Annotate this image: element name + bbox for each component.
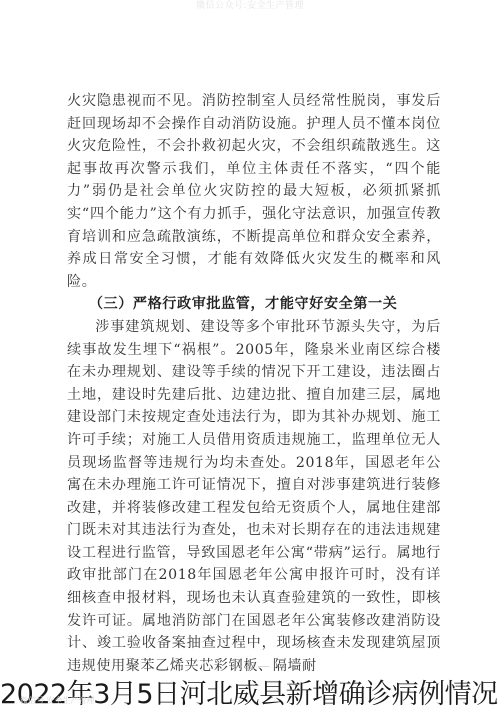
watermark-top: 微信公众号:安全生产管理	[0, 0, 500, 12]
page-number: — 32 —	[0, 660, 500, 672]
document-page: 火灾隐患视而不见。消防控制室人员经常性脱岗，事发后赶回现场却不会操作自动消防设施…	[67, 90, 441, 677]
watermark-bottom: 微信号 安全生产管理	[20, 695, 95, 706]
paragraph-approval-failures: 涉事建筑规划、建设等多个审批环节源头失守，为后续事故发生埋下“祸根”。2005年…	[67, 316, 441, 678]
paragraph-fire-hazards: 火灾隐患视而不见。消防控制室人员经常性脱岗，事发后赶回现场却不会操作自动消防设施…	[67, 90, 441, 293]
section-heading-approval-supervision: （三）严格行政审批监管，才能守好安全第一关	[67, 293, 441, 316]
